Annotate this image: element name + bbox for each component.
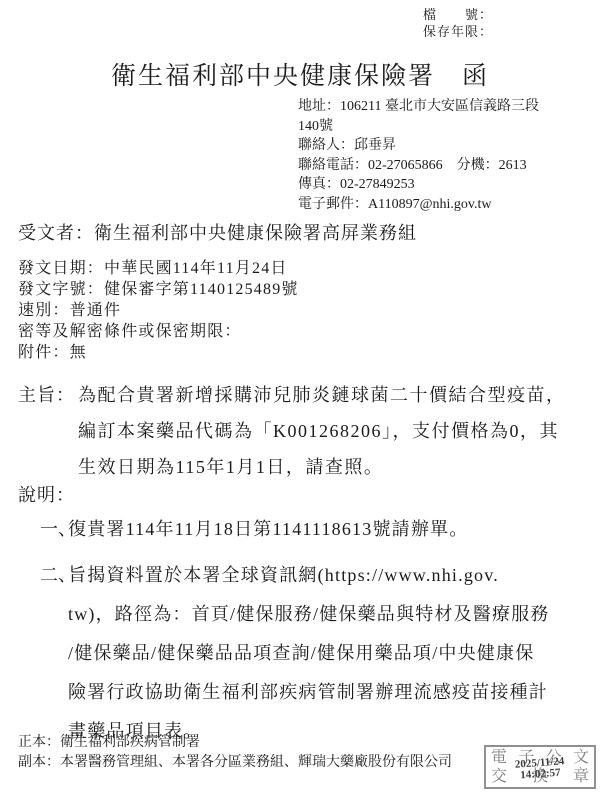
description-item-2-number: 二、 — [40, 556, 68, 751]
description-item-2: 二、 旨揭資料置於本署全球資訊網(https://www.nhi.gov. tw… — [40, 556, 550, 751]
sender-phone: 聯絡電話：02-27065866 分機：2613 — [298, 156, 539, 176]
sender-email: 電子郵件：A110897@nhi.gov.tw — [298, 195, 539, 215]
document-meta-block: 發文日期：中華民國114年11月24日 發文字號：健保審字第1140125489… — [18, 258, 299, 363]
document-title: 衛生福利部中央健康保險署 函 — [0, 56, 600, 92]
retention-period-label: 保存年限： — [423, 23, 493, 40]
subject-text: 為配合貴署新增採購沛兒肺炎鏈球菌二十價結合型疫苗， 編訂本案藥品代碼為「K001… — [78, 377, 566, 485]
description-item-2-text: 旨揭資料置於本署全球資訊網(https://www.nhi.gov. tw)，路… — [68, 556, 550, 751]
sender-info-block: 地址：106211 臺北市大安區信義路三段 140號 聯絡人：邱垂昇 聯絡電話：… — [298, 97, 539, 214]
distribution-block: 正本：衛生福利部疾病管制署 副本：本署醫務管理組、本署各分區業務組、輝瑞大藥廠股… — [18, 733, 452, 773]
description-item-1: 一、 復貴署114年11月18日第1141118613號請辦單。 — [40, 517, 468, 541]
attachment-line: 附件：無 — [18, 342, 299, 363]
issue-date-line: 發文日期：中華民國114年11月24日 — [18, 258, 299, 279]
subject-section: 主旨： 為配合貴署新增採購沛兒肺炎鏈球菌二十價結合型疫苗， 編訂本案藥品代碼為「… — [18, 377, 566, 485]
sender-address: 地址：106211 臺北市大安區信義路三段 140號 — [298, 97, 539, 136]
security-classification-line: 密等及解密條件或保密期限： — [18, 321, 299, 342]
document-number-line: 發文字號：健保審字第1140125489號 — [18, 279, 299, 300]
official-letter-page: 檔 號： 保存年限： 衛生福利部中央健康保險署 函 地址：106211 臺北市大… — [0, 0, 600, 794]
file-number-block: 檔 號： 保存年限： — [423, 6, 493, 40]
description-item-1-number: 一、 — [40, 517, 68, 541]
delivery-speed-line: 速別：普通件 — [18, 300, 299, 321]
description-label: 說明： — [18, 481, 75, 507]
file-number-label: 檔 號： — [423, 6, 493, 23]
sender-fax: 傳真：02-27849253 — [298, 175, 539, 195]
electronic-exchange-stamp: 電 子 公 文 交 換 章 2025/11/24 14:02:57 — [484, 745, 596, 789]
copy-recipient-line: 副本：本署醫務管理組、本署各分區業務組、輝瑞大藥廠股份有限公司 — [18, 753, 452, 773]
description-item-1-text: 復貴署114年11月18日第1141118613號請辦單。 — [68, 517, 468, 541]
sender-contact-person: 聯絡人：邱垂昇 — [298, 136, 539, 156]
subject-label: 主旨： — [18, 377, 78, 485]
original-recipient-line: 正本：衛生福利部疾病管制署 — [18, 733, 452, 753]
recipient-line: 受文者：衛生福利部中央健康保險署高屏業務組 — [18, 219, 417, 245]
